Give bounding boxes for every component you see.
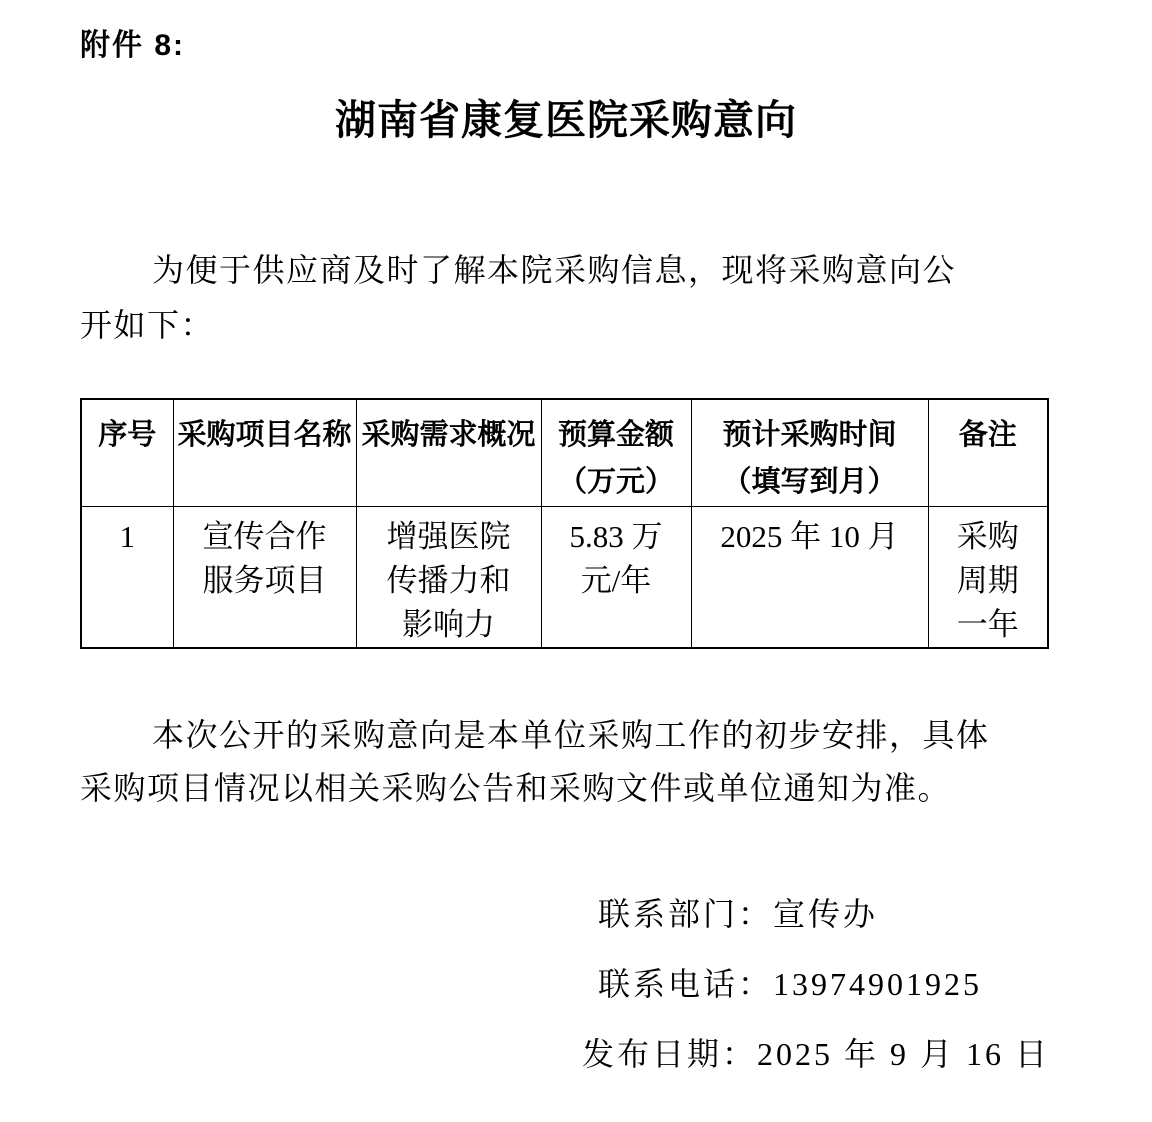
attachment-label: 附件 8: (80, 26, 1052, 65)
col-header-serial-number: 序号 (81, 399, 173, 507)
table-row: 1 宣传合作 服务项目 增强医院 传播力和 影响力 5.83 万 元/年 202… (81, 507, 1048, 649)
cell-budget-amount: 5.83 万 元/年 (541, 507, 691, 649)
cell-planned-time: 2025 年 10 月 (691, 507, 928, 649)
contact-block: 联系部门：宣传办 联系电话：13974901925 发布日期：2025 年 9 … (80, 879, 1052, 1089)
procurement-intention-table: 序号 采购项目名称 采购需求概况 预算金额 （万元） 预计采购时间 （填写到月）… (80, 398, 1049, 649)
page-title: 湖南省康复医院采购意向 (80, 95, 1052, 146)
intro-paragraph: 为便于供应商及时了解本院采购信息，现将采购意向公 开如下： (80, 243, 1052, 353)
col-header-planned-time: 预计采购时间 （填写到月） (691, 399, 928, 507)
cell-demand-overview: 增强医院 传播力和 影响力 (356, 507, 541, 649)
col-header-remarks: 备注 (928, 399, 1048, 507)
publish-date: 发布日期：2025 年 9 月 16 日 (582, 1019, 1052, 1089)
document-page: 附件 8: 湖南省康复医院采购意向 为便于供应商及时了解本院采购信息，现将采购意… (0, 0, 1152, 1122)
contact-phone: 联系电话：13974901925 (598, 949, 1052, 1019)
contact-department: 联系部门：宣传办 (598, 879, 1052, 949)
cell-project-name: 宣传合作 服务项目 (173, 507, 356, 649)
cell-serial-number: 1 (81, 507, 173, 649)
closing-paragraph: 本次公开的采购意向是本单位采购工作的初步安排，具体 采购项目情况以相关采购公告和… (80, 709, 1052, 815)
cell-remarks: 采购 周期 一年 (928, 507, 1048, 649)
col-header-budget-amount: 预算金额 （万元） (541, 399, 691, 507)
col-header-demand-overview: 采购需求概况 (356, 399, 541, 507)
col-header-project-name: 采购项目名称 (173, 399, 356, 507)
table-header-row: 序号 采购项目名称 采购需求概况 预算金额 （万元） 预计采购时间 （填写到月）… (81, 399, 1048, 507)
